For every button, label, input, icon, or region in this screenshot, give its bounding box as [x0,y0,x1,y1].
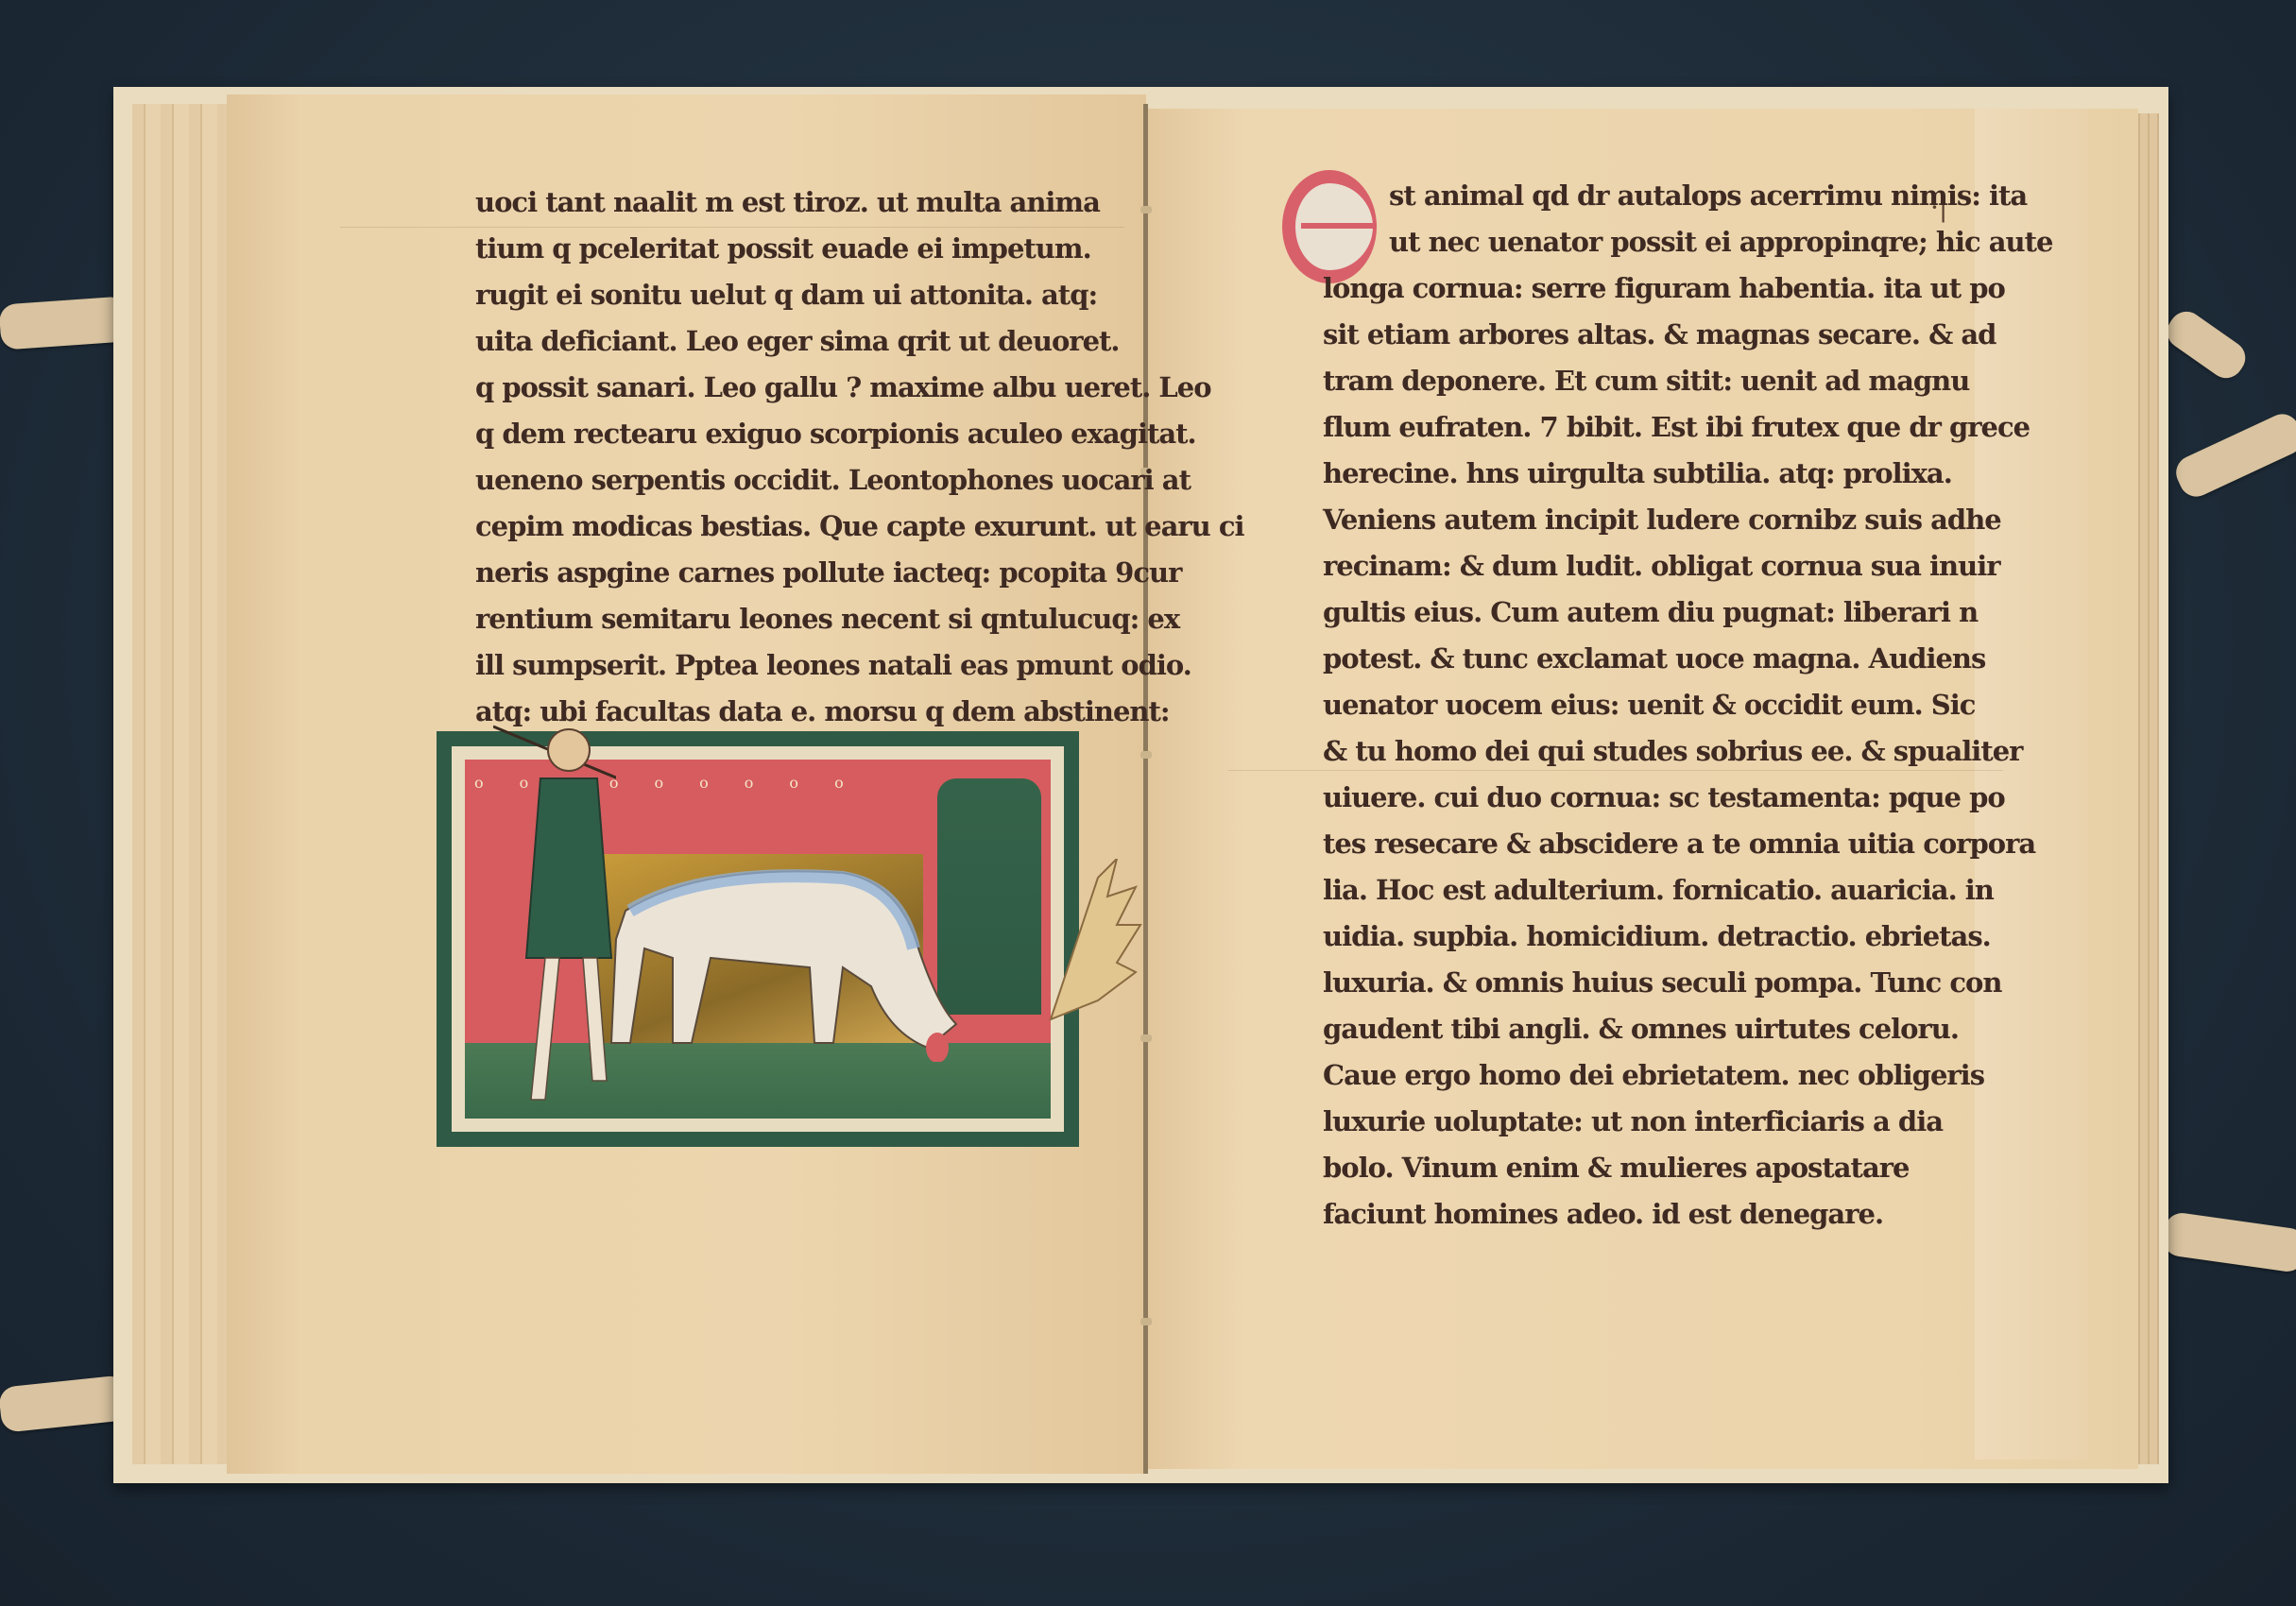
left-page-edges [132,104,236,1464]
winged-ornament [1041,859,1145,1029]
text-line: uoci tant naalit m est tiroz. ut multa a… [475,179,1244,226]
text-line: tes resecare & abscidere a te omnia uiti… [1323,821,2052,867]
right-page-text: st animal qd dr autalops acerrimu nimis:… [1323,173,2052,1238]
text-line: ill sumpserit. Pptea leones natali eas p… [475,642,1244,689]
text-line: flum eufraten. 7 bibit. Est ibi frutex q… [1323,404,2052,451]
text-line: gaudent tibi angli. & omnes uirtutes cel… [1323,1006,2052,1052]
text-line: Veniens autem incipit ludere cornibz sui… [1323,497,2052,543]
text-line: q possit sanari. Leo gallu ? maxime albu… [475,365,1244,411]
hunter-figure [493,722,616,1109]
text-line: tram deponere. Et cum sitit: uenit ad ma… [1323,358,2052,404]
text-line: recinam: & dum ludit. obligat cornua sua… [1323,543,2052,589]
left-page-text: uoci tant naalit m est tiroz. ut multa a… [475,179,1244,781]
text-line: uidia. supbia. homicidium. detractio. eb… [1323,914,2052,960]
text-line: longa cornua: serre figuram habentia. it… [1323,265,2052,312]
text-line: rugit ei sonitu uelut q dam ui attonita.… [475,272,1244,318]
text-line: cepim modicas bestias. Que capte exurunt… [475,504,1244,550]
text-line: rentium semitaru leones necent si qntulu… [475,596,1244,642]
text-line: uiuere. cui duo cornua: sc testamenta: p… [1323,775,2052,821]
binding-stitch [1140,1034,1152,1042]
text-line: potest. & tunc exclamat uoce magna. Audi… [1323,636,2052,682]
text-line: herecine. hns uirgulta subtilia. atq: pr… [1323,451,2052,497]
text-line: sit etiam arbores altas. & magnas secare… [1323,312,2052,358]
text-line: lia. Hoc est adulterium. fornicatio. aua… [1323,867,2052,914]
text-line: st animal qd dr autalops acerrimu nimis:… [1323,173,2052,219]
text-line: faciunt homines adeo. id est denegare. [1323,1191,2052,1238]
text-line: gultis eius. Cum autem diu pugnat: liber… [1323,589,2052,636]
text-line: uita deficiant. Leo eger sima qrit ut de… [475,318,1244,365]
text-line: ut nec uenator possit ei appropinqre; hi… [1323,219,2052,265]
left-tie-top [0,296,129,350]
text-line: uenator uocem eius: uenit & occidit eum.… [1323,682,2052,728]
manuscript-illustration: ooooooooo [437,731,1079,1147]
text-line: luxuria. & omnis huius seculi pompa. Tun… [1323,960,2052,1006]
text-line: & tu homo dei qui studes sobrius ee. & s… [1323,728,2052,775]
text-line: luxurie uoluptate: ut non interficiaris … [1323,1099,2052,1145]
text-line: q dem rectearu exiguo scorpionis aculeo … [475,411,1244,457]
text-line: tium q pceleritat possit euade ei impetu… [475,226,1244,272]
beast-figure [588,845,994,1062]
binding-stitch [1140,1318,1152,1325]
text-line: ueneno serpentis occidit. Leontophones u… [475,457,1244,504]
text-line: bolo. Vinum enim & mulieres apostatare [1323,1145,2052,1191]
text-line: neris aspgine carnes pollute iacteq: pco… [475,550,1244,596]
text-line: Caue ergo homo dei ebrietatem. nec oblig… [1323,1052,2052,1099]
